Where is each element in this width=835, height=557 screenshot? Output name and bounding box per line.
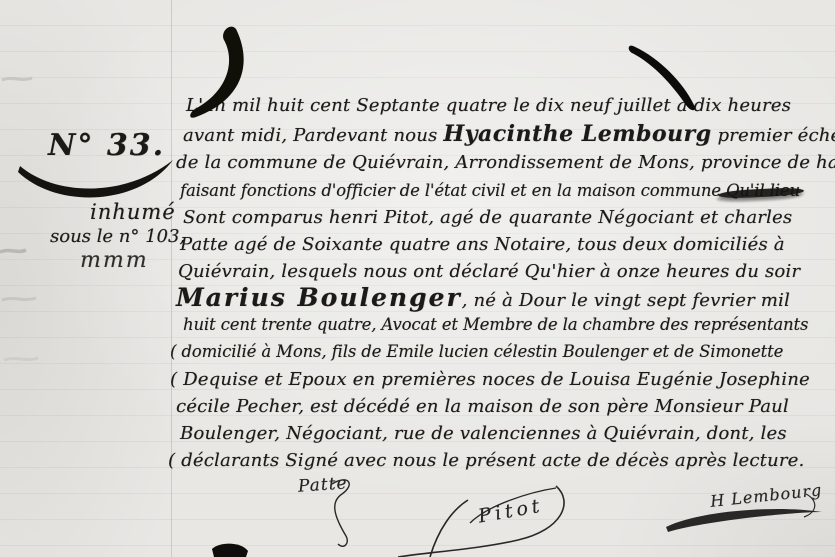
bleedthrough-mark (2, 298, 36, 300)
act-line-12: cécile Pecher, est décédé en la maison d… (176, 396, 789, 417)
act-line-5: Sont comparus henri Pitot, agé de quaran… (183, 207, 792, 228)
margin-scribble: mmm (80, 248, 149, 273)
act-line-11: ( Dequise et Epoux en premières noces de… (170, 369, 810, 390)
bleedthrough-mark (4, 358, 38, 360)
act-line-8-tail: , né à Dour le vingt sept fevrier mil (462, 290, 790, 311)
act-line-2-tail: premier échevin (712, 125, 835, 146)
signature-official: H Lembourg (709, 480, 823, 511)
act-line-4-text: faisant fonctions d'officier de l'état c… (180, 181, 726, 200)
official-signature-underline (666, 509, 822, 532)
pitot-signature-descender (430, 500, 468, 557)
act-line-10: ( domicilié à Mons, fils de Emile lucien… (170, 342, 783, 361)
crossed-out-words: Qu'il lieu (726, 181, 800, 200)
act-line-4: faisant fonctions d'officier de l'état c… (180, 181, 800, 200)
bottom-edge-ink-mark (212, 544, 248, 557)
signature-patte: Patte (297, 473, 348, 496)
margin-note-burial-number: sous le n° 103, (50, 226, 185, 247)
record-number: N° 33. (48, 128, 165, 163)
deceased-name: Marius Boulenger (176, 283, 462, 312)
act-line-2: avant midi, Pardevant nous Hyacinthe Lem… (183, 121, 835, 147)
signature-pitot: Pitot (477, 494, 545, 527)
act-line-13: Boulenger, Négociant, rue de valencienne… (180, 423, 787, 444)
margin-rule-line (171, 0, 172, 557)
bleedthrough-mark (2, 78, 32, 80)
act-line-14: ( déclarants Signé avec nous le présent … (168, 450, 804, 471)
act-line-7: Quiévrain, lesquels nous ont déclaré Qu'… (178, 261, 800, 282)
act-line-9: huit cent trente quatre, Avocat et Membr… (183, 315, 808, 334)
act-line-6: Patte agé de Soixante quatre ans Notaire… (180, 234, 785, 255)
bleedthrough-mark (0, 250, 26, 252)
officer-name: Hyacinthe Lembourg (443, 121, 711, 147)
act-line-3: de la commune de Quiévrain, Arrondisseme… (176, 152, 835, 173)
scanned-register-page: N° 33. inhumé sous le n° 103, mmm L'an m… (0, 0, 835, 557)
margin-note-inhume: inhumé (90, 200, 176, 224)
record-number-flourish (18, 160, 173, 197)
act-line-2-text: avant midi, Pardevant nous (183, 125, 443, 146)
act-line-8: Marius Boulenger, né à Dour le vingt sep… (176, 283, 790, 312)
act-line-1: L'an mil huit cent Septante quatre le di… (186, 95, 791, 116)
